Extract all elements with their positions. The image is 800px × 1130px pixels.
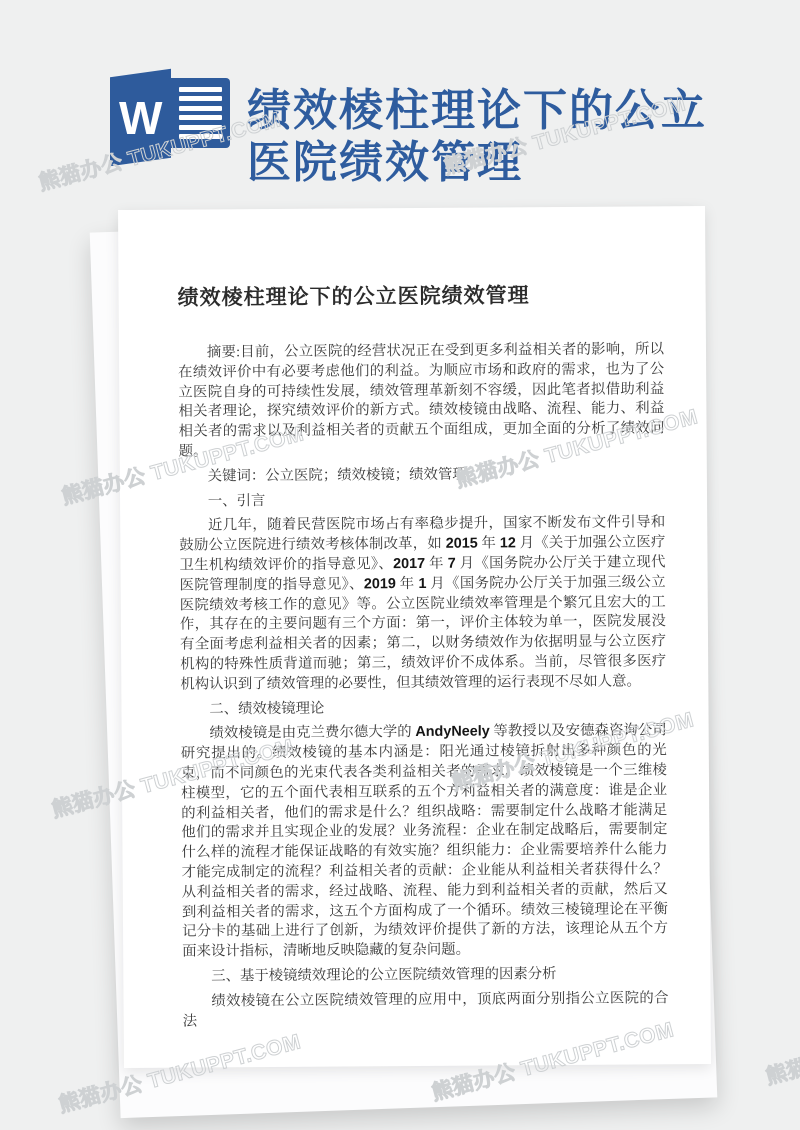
word-icon-flap: W	[110, 69, 171, 167]
watermark: 熊猫办公 TUKUPPT.COM	[762, 997, 800, 1091]
paragraph: 绩效棱镜在公立医院绩效管理的应用中，顶底两面分别指公立医院的合法	[182, 989, 668, 1032]
section-heading: 三、基于棱镜绩效理论的公立医院绩效管理的因素分析	[182, 964, 668, 987]
page: W 绩效棱柱理论下的公立医院绩效管理 绩效棱柱理论下的公立医院绩效管理 摘要:目…	[0, 0, 800, 1130]
word-icon-line	[179, 115, 222, 120]
word-icon-line	[179, 96, 222, 101]
page-title: 绩效棱柱理论下的公立医院绩效管理	[247, 85, 725, 189]
section-heading: 二、绩效棱镜理论	[180, 697, 666, 720]
word-icon-line	[179, 134, 222, 139]
paragraph: 绩效棱镜是由克兰费尔德大学的 AndyNeely 等教授以及安德森咨询公司研究提…	[181, 722, 669, 963]
paragraph: 关键词：公立医院；绩效棱镜；绩效管理	[179, 464, 665, 487]
section-heading: 一、引言	[179, 489, 665, 512]
paragraph: 近几年，随着民营医院市场占有率稳步提升，国家不断发布文件引导和鼓励公立医院进行绩…	[179, 514, 666, 696]
word-icon-document	[163, 78, 230, 148]
word-file-icon: W	[108, 62, 234, 172]
document-body: 摘要:目前，公立医院的经营状况正在受到更多利益相关者的影响，所以在绩效评价中有必…	[178, 340, 669, 1032]
word-icon-letter: W	[119, 95, 162, 141]
document-title: 绩效棱柱理论下的公立医院绩效管理	[178, 278, 664, 311]
paragraph: 摘要:目前，公立医院的经营状况正在受到更多利益相关者的影响，所以在绩效评价中有必…	[178, 340, 665, 462]
word-icon-line	[179, 125, 222, 130]
word-icon-line	[179, 87, 222, 92]
paper-sheet-front: 绩效棱柱理论下的公立医院绩效管理 摘要:目前，公立医院的经营状况正在受到更多利益…	[118, 206, 711, 1068]
word-icon-line	[179, 106, 222, 111]
